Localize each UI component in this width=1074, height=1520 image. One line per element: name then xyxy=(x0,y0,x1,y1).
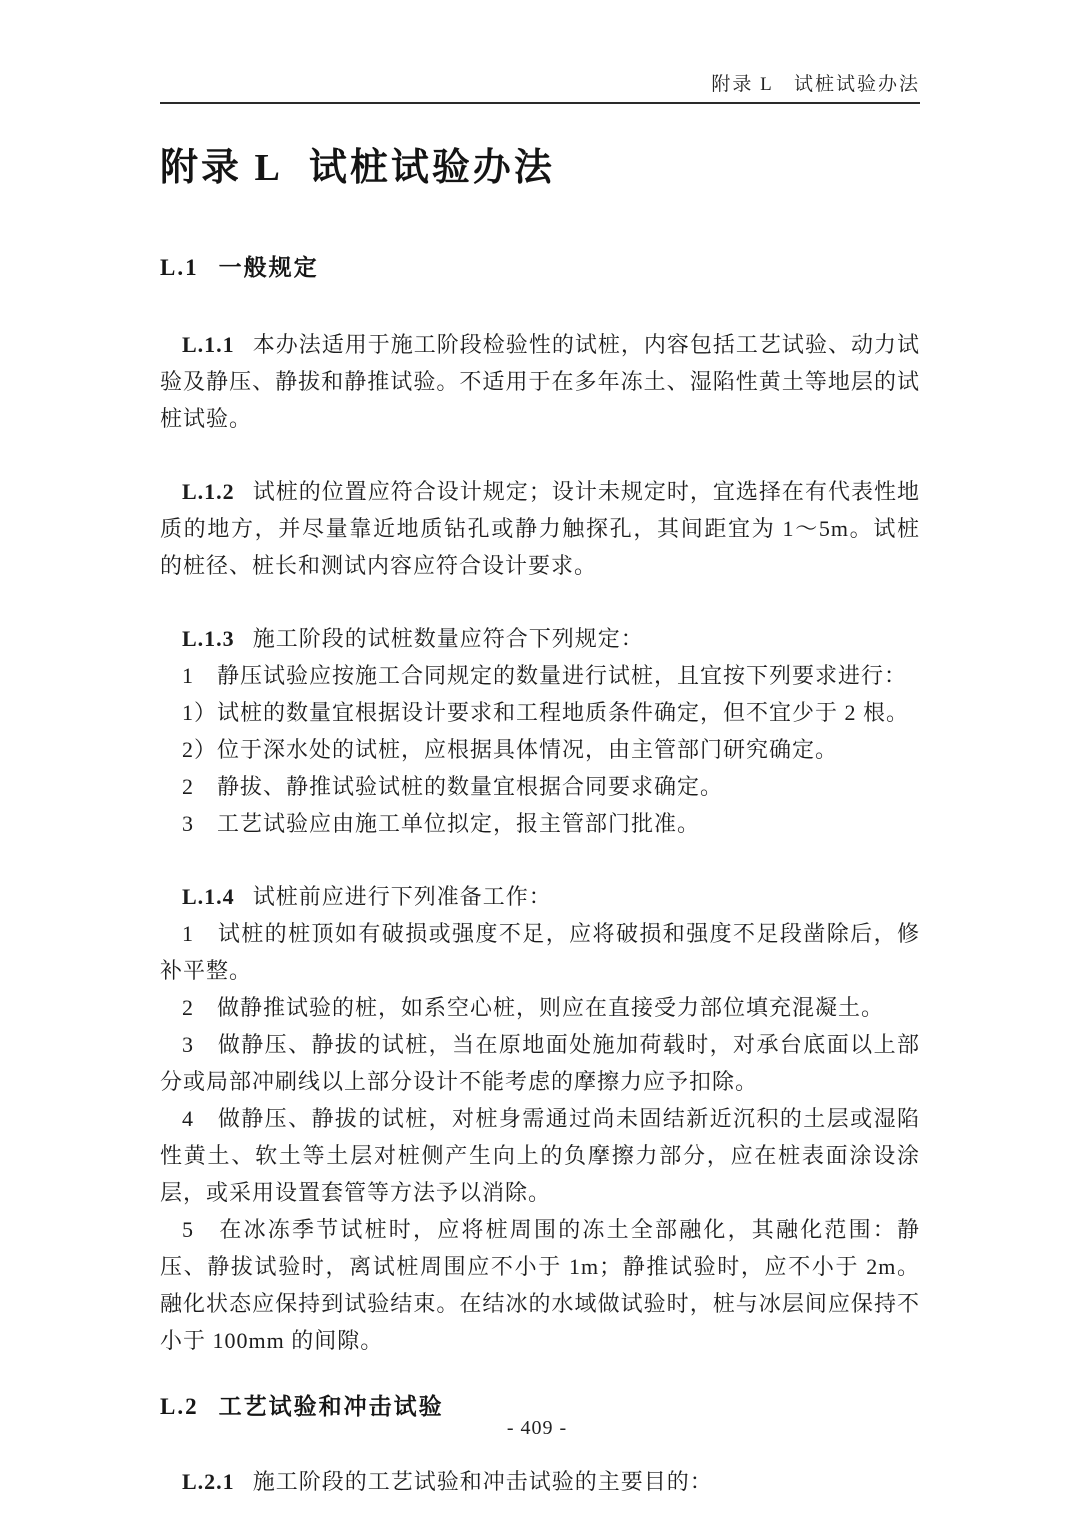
list-item: 2 做静推试验的桩，如系空心桩，则应在直接受力部位填充混凝土。 xyxy=(160,989,920,1026)
clause-text-l1-4: 试桩前应进行下列准备工作： xyxy=(253,884,552,909)
list-item: 4 做静压、静拔的试桩，对桩身需通过尚未固结新近沉积的土层或湿陷性黄土、软土等土… xyxy=(160,1100,920,1211)
clause-label-l1-2: L.1.2 xyxy=(182,479,235,504)
clause-label-l1-3: L.1.3 xyxy=(182,626,235,651)
page-number: - 409 - xyxy=(507,1417,567,1439)
paragraph-l1-3: L.1.3施工阶段的试桩数量应符合下列规定： xyxy=(160,620,920,657)
paragraph-l2-1: L.2.1施工阶段的工艺试验和冲击试验的主要目的： xyxy=(160,1463,920,1500)
clause-text-l1-3: 施工阶段的试桩数量应符合下列规定： xyxy=(253,626,644,651)
list-item: 3 做静压、静拔的试桩，当在原地面处施加荷载时，对承台底面以上部分或局部冲刷线以… xyxy=(160,1026,920,1100)
section-l2-label: L.2 xyxy=(160,1394,199,1419)
list-item: 2）位于深水处的试桩，应根据具体情况，由主管部门研究确定。 xyxy=(160,731,920,768)
clause-text-l1-1: 本办法适用于施工阶段检验性的试桩，内容包括工艺试验、动力试验及静压、静拔和静推试… xyxy=(160,332,920,431)
section-l1-title: 一般规定 xyxy=(219,255,319,280)
section-l1-label: L.1 xyxy=(160,255,199,280)
page-footer: - 409 - xyxy=(0,1417,1074,1440)
list-item: 2 静拔、静推试验试桩的数量宜根据合同要求确定。 xyxy=(160,768,920,805)
header-divider xyxy=(160,102,920,104)
section-heading-l1: L.1一般规定 xyxy=(160,252,920,284)
page-title-label: 附录 L xyxy=(160,147,283,189)
list-item: 1 试桩的桩顶如有破损或强度不足，应将破损和强度不足段凿除后，修补平整。 xyxy=(160,915,920,989)
clause-label-l2-1: L.2.1 xyxy=(182,1469,235,1494)
clause-label-l1-4: L.1.4 xyxy=(182,884,235,909)
running-header: 附录 L 试桩试验办法 xyxy=(160,0,920,98)
running-header-title: 附录 L 试桩试验办法 xyxy=(711,74,920,95)
clause-text-l2-1: 施工阶段的工艺试验和冲击试验的主要目的： xyxy=(253,1469,713,1494)
list-item: 3 工艺试验应由施工单位拟定，报主管部门批准。 xyxy=(160,805,920,842)
list-item: 1）试桩的数量宜根据设计要求和工程地质条件确定，但不宜少于 2 根。 xyxy=(160,694,920,731)
section-l2-title: 工艺试验和冲击试验 xyxy=(219,1394,444,1419)
clause-text-l1-2: 试桩的位置应符合设计规定；设计未规定时，宜选择在有代表性地质的地方，并尽量靠近地… xyxy=(160,479,920,578)
page-content: 附录 L 试桩试验办法 附录 L试桩试验办法 L.1一般规定 L.1.1本办法适… xyxy=(0,0,1074,1500)
clause-label-l1-1: L.1.1 xyxy=(182,332,235,357)
list-item: 1 静压试验应按施工合同规定的数量进行试桩，且宜按下列要求进行： xyxy=(160,657,920,694)
paragraph-l1-1: L.1.1本办法适用于施工阶段检验性的试桩，内容包括工艺试验、动力试验及静压、静… xyxy=(160,326,920,437)
page-title: 附录 L试桩试验办法 xyxy=(160,144,920,192)
document-page: 附录 L 试桩试验办法 附录 L试桩试验办法 L.1一般规定 L.1.1本办法适… xyxy=(0,0,1074,1520)
list-item: 5 在冰冻季节试桩时，应将桩周围的冻土全部融化，其融化范围：静压、静拔试验时，离… xyxy=(160,1211,920,1359)
paragraph-l1-2: L.1.2试桩的位置应符合设计规定；设计未规定时，宜选择在有代表性地质的地方，并… xyxy=(160,473,920,584)
paragraph-l1-4: L.1.4试桩前应进行下列准备工作： xyxy=(160,878,920,915)
page-title-text: 试桩试验办法 xyxy=(309,147,555,189)
